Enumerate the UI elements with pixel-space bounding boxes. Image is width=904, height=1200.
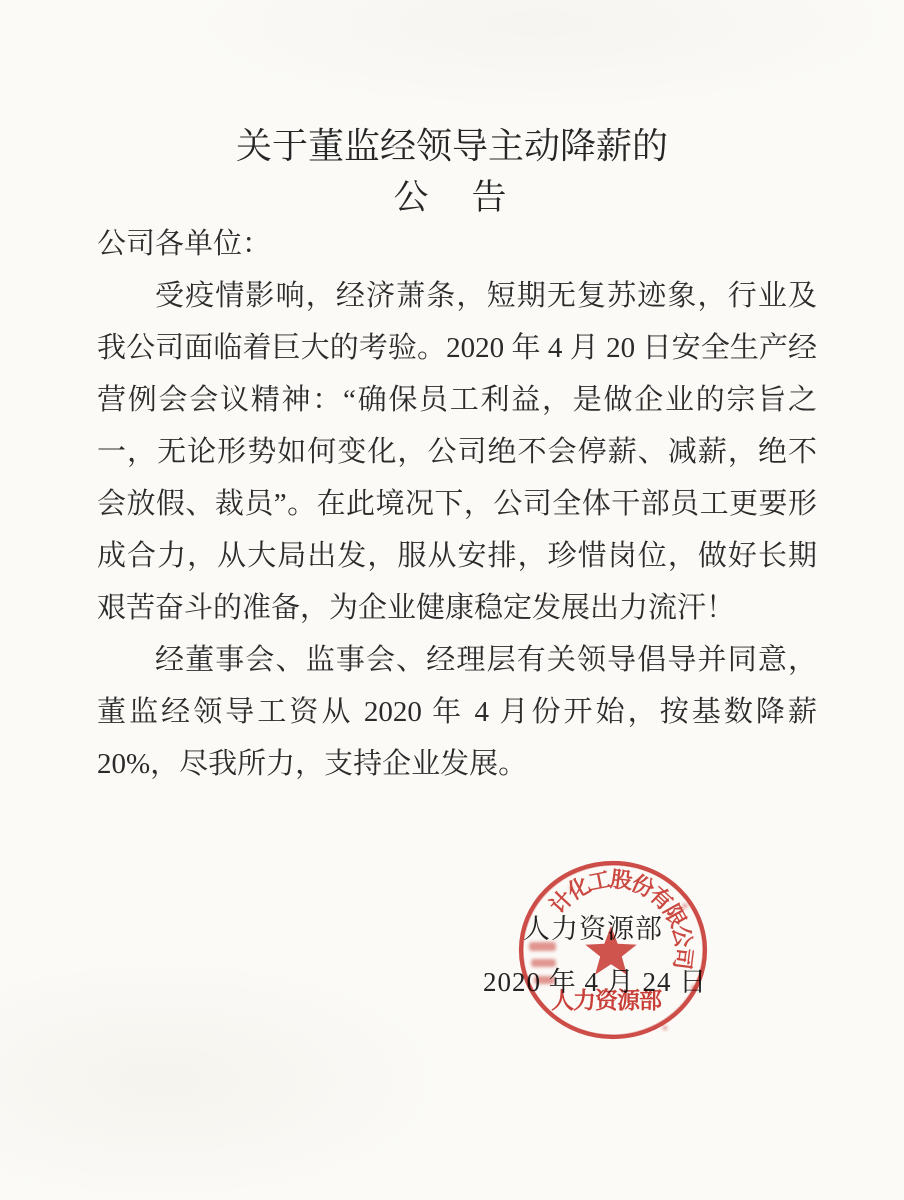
- announcement-body: 公司各单位： 受疫情影响，经济萧条，短期无复苏迹象，行业及我公司面临着巨大的考验…: [97, 218, 817, 790]
- announcement-title: 关于董监经领导主动降薪的: [0, 118, 904, 169]
- paragraph-1: 受疫情影响，经济萧条，短期无复苏迹象，行业及我公司面临着巨大的考验。2020 年…: [97, 270, 817, 634]
- salutation: 公司各单位：: [97, 218, 817, 270]
- announcement-subtitle: 公 告: [0, 170, 904, 220]
- star-icon: [585, 926, 636, 975]
- paragraph-2: 经董事会、监事会、经理层有关领导倡导并同意，董监经领导工资从 2020 年 4 …: [97, 634, 817, 790]
- seal-bottom-text: 人力资源部: [551, 987, 662, 1013]
- official-seal: 计化工股份有限公司 人力资源部: [513, 850, 713, 1050]
- scanned-announcement-page: 关于董监经领导主动降薪的 公 告 公司各单位： 受疫情影响，经济萧条，短期无复苏…: [0, 0, 904, 1200]
- svg-text:司: 司: [669, 946, 696, 971]
